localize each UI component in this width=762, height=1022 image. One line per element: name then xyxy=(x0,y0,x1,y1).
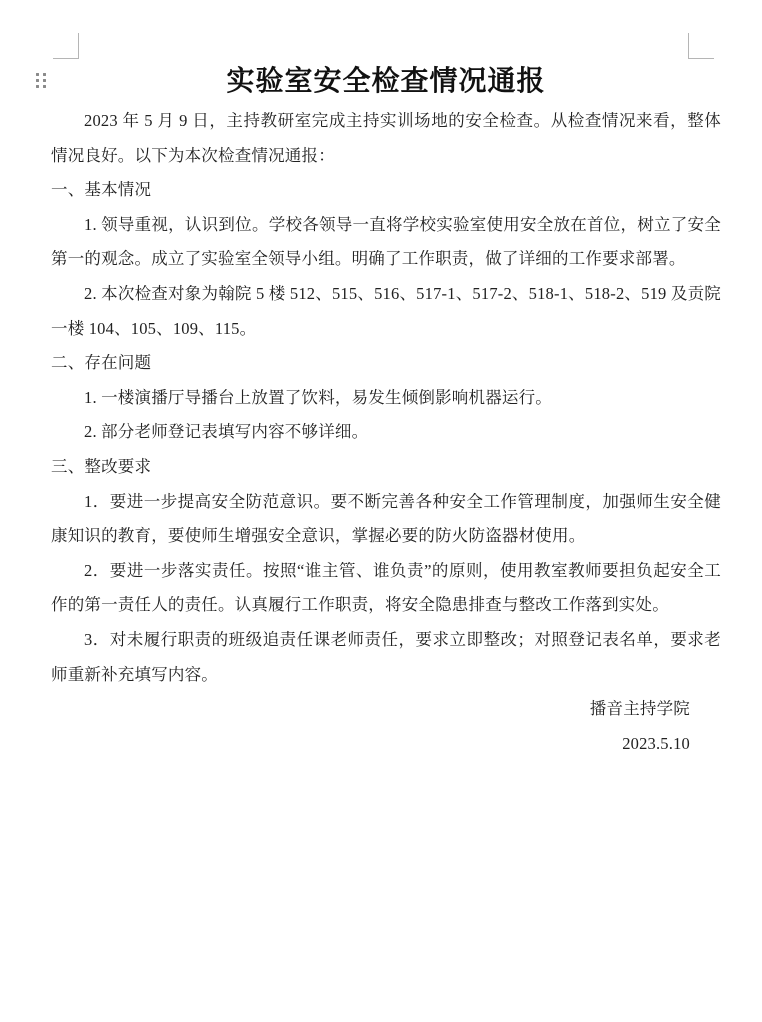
document-title[interactable]: 实验室安全检查情况通报 xyxy=(51,60,721,104)
drag-handle-icon[interactable] xyxy=(36,73,46,88)
section-3-item-1[interactable]: 1．要进一步提高安全防范意识。要不断完善各种安全工作管理制度，加强师生安全健康知… xyxy=(51,485,721,554)
intro-paragraph[interactable]: 2023 年 5 月 9 日，主持教研室完成主持实训场地的安全检查。从检查情况来… xyxy=(51,104,721,173)
signature-org[interactable]: 播音主持学院 xyxy=(51,692,721,727)
signature-date[interactable]: 2023.5.10 xyxy=(51,727,721,762)
section-heading-3[interactable]: 三、整改要求 xyxy=(51,450,721,485)
section-heading-1[interactable]: 一、基本情况 xyxy=(51,173,721,208)
section-3-item-3[interactable]: 3．对未履行职责的班级追责任课老师责任，要求立即整改；对照登记表名单，要求老师重… xyxy=(51,623,721,692)
section-heading-2[interactable]: 二、存在问题 xyxy=(51,346,721,381)
section-2-item-2[interactable]: 2. 部分老师登记表填写内容不够详细。 xyxy=(51,415,721,450)
document-page: 实验室安全检查情况通报 2023 年 5 月 9 日，主持教研室完成主持实训场地… xyxy=(0,0,762,1022)
section-3-item-2[interactable]: 2．要进一步落实责任。按照“谁主管、谁负责”的原则，使用教室教师要担负起安全工作… xyxy=(51,554,721,623)
document-body: 实验室安全检查情况通报 2023 年 5 月 9 日，主持教研室完成主持实训场地… xyxy=(51,60,721,761)
section-1-item-1[interactable]: 1. 领导重视，认识到位。学校各领导一直将学校实验室使用安全放在首位，树立了安全… xyxy=(51,208,721,277)
text-boundary-corner-top-left-icon xyxy=(53,33,79,59)
section-1-item-2[interactable]: 2. 本次检查对象为翰院 5 楼 512、515、516、517-1、517-2… xyxy=(51,277,721,346)
text-boundary-corner-top-right-icon xyxy=(688,33,714,59)
section-2-item-1[interactable]: 1. 一楼演播厅导播台上放置了饮料，易发生倾倒影响机器运行。 xyxy=(51,381,721,416)
